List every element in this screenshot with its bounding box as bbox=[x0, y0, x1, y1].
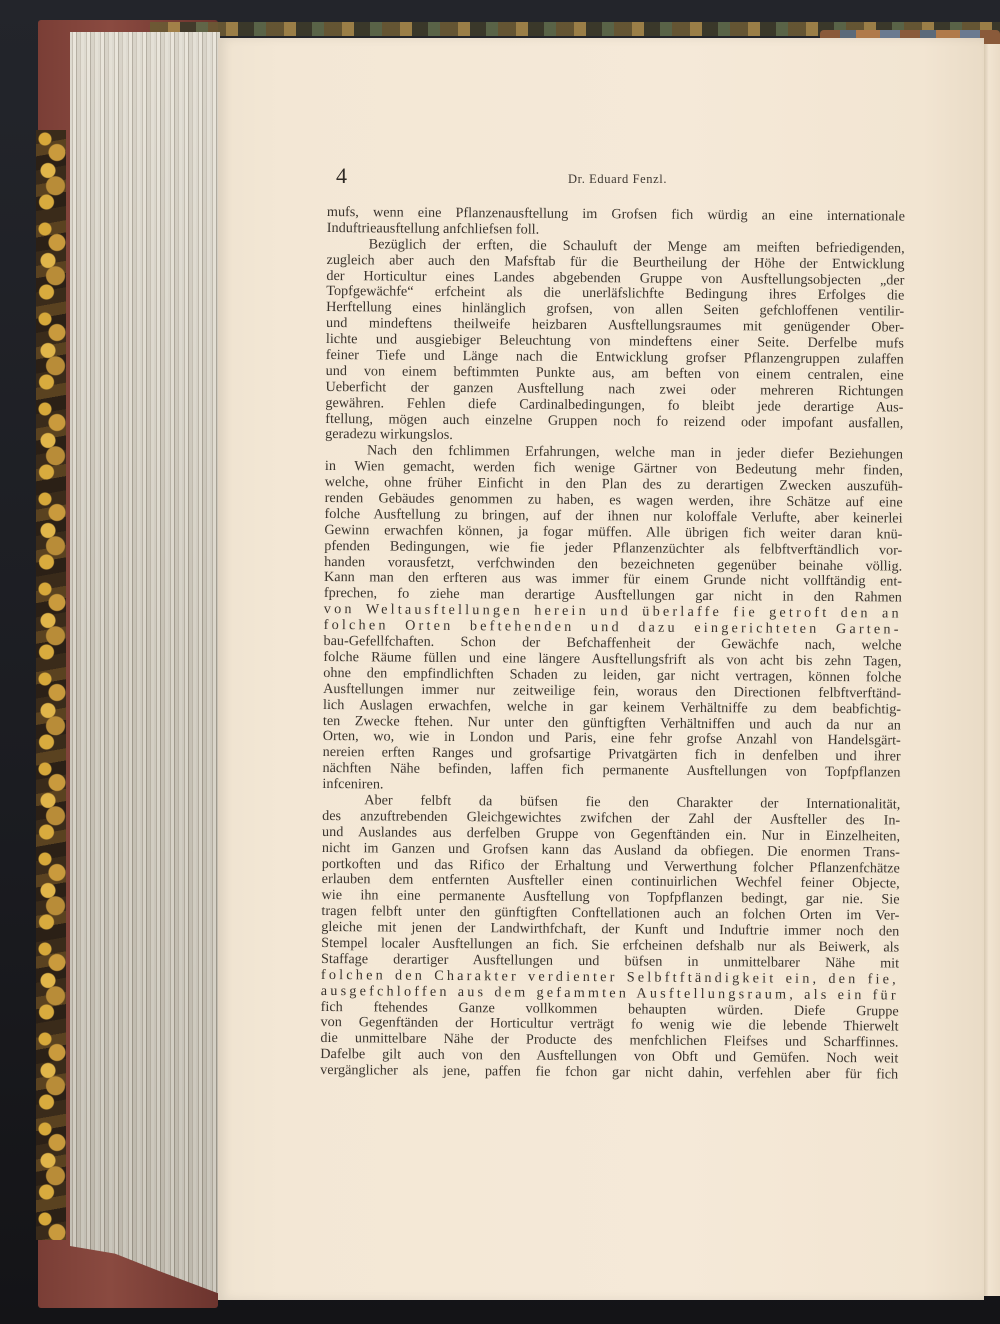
page-number: 4 bbox=[336, 163, 347, 189]
body-text: mufs, wenn eine Pflanzenausftellung im G… bbox=[320, 205, 905, 1083]
marbled-board-edge bbox=[36, 130, 66, 1240]
running-head: Dr. Eduard Fenzl. bbox=[568, 172, 667, 187]
page-block-fore-edge bbox=[70, 32, 220, 1294]
facing-page-edge bbox=[984, 44, 1000, 1296]
